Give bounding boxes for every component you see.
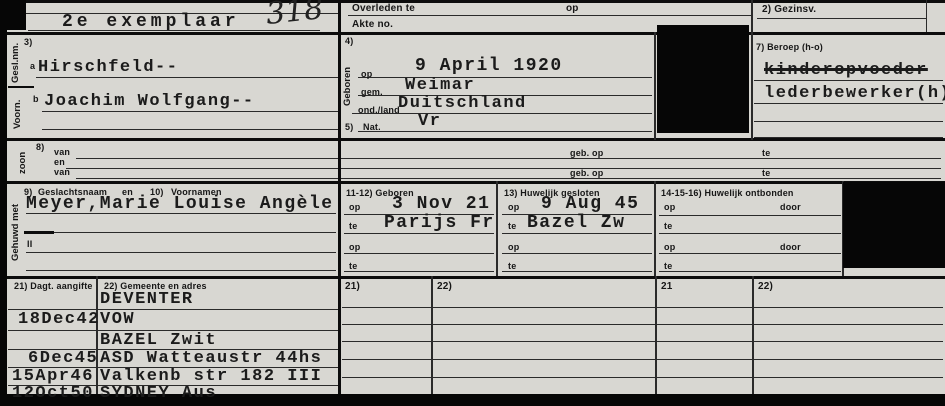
rule	[659, 233, 841, 234]
surname-a-label: a	[30, 61, 35, 71]
column-border	[338, 0, 341, 394]
rule	[36, 77, 338, 78]
beroep-label: 7) Beroep (h-o)	[756, 42, 823, 52]
rule	[344, 253, 494, 254]
firstnames-value: Joachim Wolfgang--	[44, 92, 255, 111]
spouse-birth-date: 3 Nov 21	[392, 194, 490, 214]
occupation-struck-value: kinderopvoeder	[764, 61, 928, 80]
akte-no-label: Akte no.	[352, 19, 393, 30]
hg-te2-label: te	[508, 261, 516, 271]
firstnames-b-label: b	[33, 94, 39, 104]
section-border	[0, 181, 945, 184]
nat-label: Nat.	[363, 122, 381, 132]
rule	[76, 158, 941, 159]
birth-place-value: Weimar	[405, 76, 475, 95]
hg-te-label: te	[508, 221, 516, 231]
redaction-box	[657, 25, 749, 133]
ho-op-label: op	[664, 202, 675, 212]
col21-header-right: 21	[661, 281, 673, 292]
rule	[358, 131, 652, 132]
birth-op-label: op	[361, 69, 372, 79]
rule	[26, 270, 336, 271]
te2-label: te	[762, 168, 770, 178]
rule	[754, 80, 943, 81]
spouse-birth-place: Parijs Fr	[384, 213, 495, 233]
copy-label: 2e exemplaar	[62, 12, 240, 32]
section-border	[0, 32, 945, 35]
van2-label: van	[54, 167, 70, 177]
gezinsv-label: 2) Gezinsv.	[762, 4, 816, 15]
dagt-aangifte-header: 21) Dagt. aangifte	[14, 281, 93, 291]
gehuwd-met-side-label: Gehuwd met	[10, 196, 21, 268]
surname-side-label: Gesl.nm.	[10, 40, 21, 86]
ho-te2-label: te	[664, 261, 672, 271]
scan-edge-strip	[0, 0, 7, 406]
zoon-side-label: zoon	[17, 146, 28, 180]
sg-te2-label: te	[349, 261, 357, 271]
occupation-value: lederbewerker(h)	[764, 84, 945, 103]
ho-door2-label: door	[780, 242, 801, 252]
surname-value: Hirschfeld--	[38, 58, 178, 77]
rule	[757, 18, 926, 19]
top-border-line	[0, 0, 945, 3]
birth-gem-label: gem.	[361, 87, 383, 97]
rule	[66, 168, 941, 169]
hg-op2-label: op	[508, 242, 519, 252]
section-border	[0, 138, 945, 141]
registration-card: 2e exemplaar 318 Overleden te op Akte no…	[0, 0, 945, 406]
rule	[754, 103, 943, 104]
sg-te-label: te	[349, 221, 357, 231]
section5-number: 5)	[345, 122, 353, 132]
marriage-place: Bazel Zw	[527, 213, 625, 233]
rule	[659, 271, 841, 272]
hg-op-label: op	[508, 202, 519, 212]
col21-header-mid: 21)	[345, 281, 360, 292]
column-border	[752, 276, 754, 394]
rule	[42, 111, 338, 112]
column-border	[496, 181, 498, 276]
geboren-side-label: Geboren	[342, 60, 353, 112]
rule	[659, 215, 841, 216]
te1-label: te	[762, 148, 770, 158]
nationality-value: Vr	[418, 112, 441, 131]
ho-op2-label: op	[664, 242, 675, 252]
overleden-te-label: Overleden te	[352, 3, 415, 14]
column-border	[655, 276, 657, 394]
spouse-name-value: Meyer,Marie Louise Angèle	[26, 194, 334, 214]
redaction-box	[843, 182, 945, 268]
rule	[348, 15, 751, 16]
registration-address: BAZEL Zwit	[100, 331, 217, 350]
registration-address: DEVENTER	[100, 290, 194, 309]
sg-op2-label: op	[349, 242, 360, 252]
column-border	[926, 0, 927, 32]
ho-door-label: door	[780, 202, 801, 212]
registration-address: ASD Watteaustr 44hs	[100, 349, 322, 368]
scan-corner-blob	[0, 0, 26, 30]
rule	[344, 271, 494, 272]
rule	[754, 121, 943, 122]
section8-number: 8)	[36, 142, 44, 152]
geb-op1-label: geb. op	[570, 148, 603, 158]
rule	[26, 252, 336, 253]
geb-op2-label: geb. op	[570, 168, 603, 178]
birth-country-value: Duitschland	[398, 94, 527, 113]
registration-date: 18Dec42	[18, 310, 100, 329]
rule	[76, 178, 941, 179]
rule	[358, 77, 652, 78]
registration-address: VOW	[100, 310, 135, 329]
column-border	[96, 276, 98, 394]
col22-header-mid: 22)	[437, 281, 452, 292]
birth-ondland-label: ond./land	[358, 105, 400, 115]
rule	[8, 86, 34, 88]
column-border	[751, 0, 753, 140]
huwelijk-ontbonden-label: 14-15-16) Huwelijk ontbonden	[661, 188, 794, 198]
marriage-date: 9 Aug 45	[541, 194, 639, 214]
rule	[54, 232, 336, 233]
registration-address: SYDNEY Aus	[100, 384, 217, 403]
rule	[344, 233, 494, 234]
firstnames-side-label: Voorn.	[12, 92, 23, 136]
overleden-op-label: op	[566, 3, 579, 14]
rule	[42, 129, 338, 130]
column-border	[654, 181, 656, 276]
registration-date: 12Oct50	[12, 384, 94, 403]
en-label: en	[54, 157, 65, 167]
ho-te-label: te	[664, 221, 672, 231]
birth-date-value: 9 April 1920	[415, 56, 563, 76]
column-border	[431, 276, 433, 394]
rule	[502, 253, 652, 254]
marriage-row2-marker: II	[27, 239, 32, 249]
col22-header-right: 22)	[758, 281, 773, 292]
section3-number: 3)	[24, 37, 32, 47]
registration-date: 6Dec45	[28, 349, 98, 368]
rule	[502, 271, 652, 272]
column-border	[654, 32, 656, 140]
sg-op-label: op	[349, 202, 360, 212]
van1-label: van	[54, 147, 70, 157]
rule	[24, 231, 54, 234]
rule	[659, 253, 841, 254]
handwritten-number: 318	[264, 0, 325, 32]
rule	[502, 233, 652, 234]
section-border	[0, 276, 945, 279]
section4-number: 4)	[345, 36, 353, 46]
